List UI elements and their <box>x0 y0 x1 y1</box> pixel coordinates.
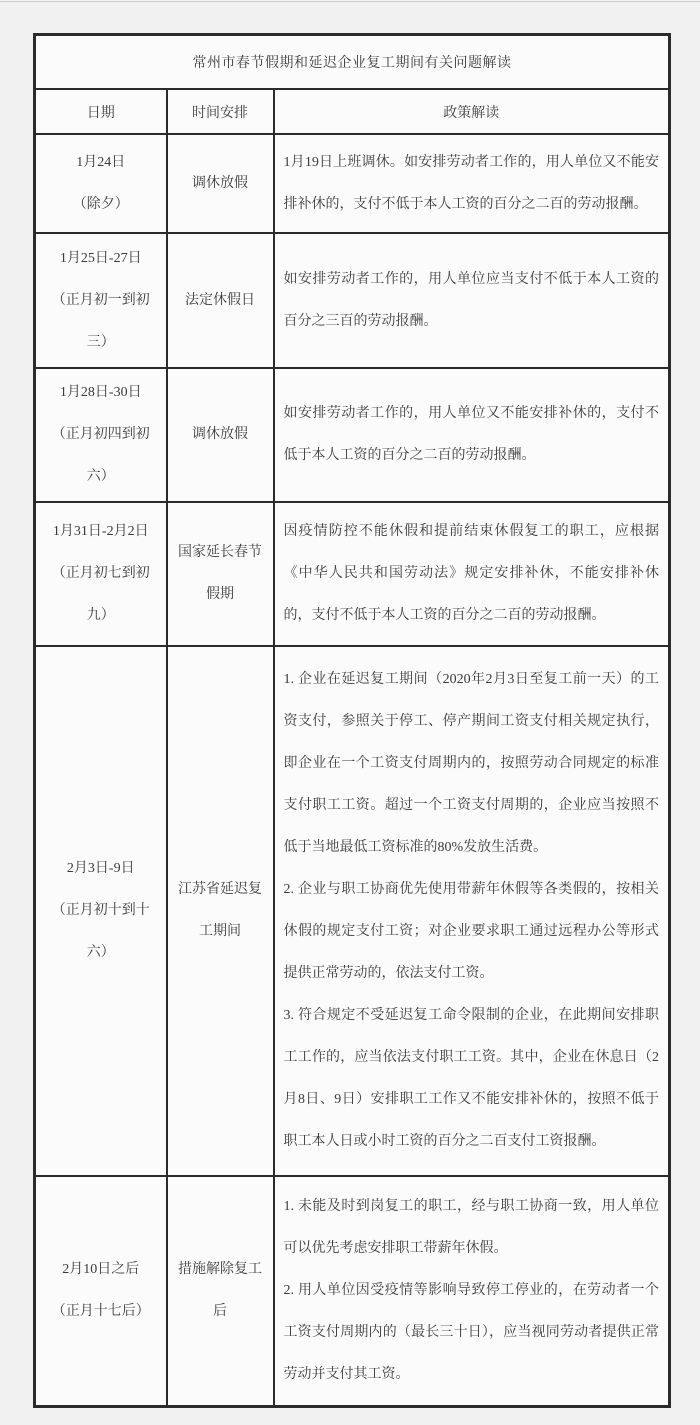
column-header-date: 日期 <box>35 89 167 134</box>
date-cell: 2月3日-9日 （正月初十到十六） <box>35 646 167 1176</box>
schedule-cell: 江苏省延迟复工期间 <box>167 646 274 1176</box>
date-cell: 1月31日-2月2日 （正月初七到初九） <box>35 502 167 646</box>
date-range: 1月25日-27日 <box>48 238 154 280</box>
table-row: 1月25日-27日 （正月初一到初三） 法定休假日 如安排劳动者工作的，用人单位… <box>35 233 670 368</box>
date-range: 1月24日 <box>48 142 154 184</box>
policy-cell: 因疫情防控不能休假和提前结束休假复工的职工，应根据《中华人民共和国劳动法》规定安… <box>274 502 670 646</box>
policy-paragraph: 1. 企业在延迟复工期间（2020年2月3日至复工前一天）的工资支付，参照关于停… <box>284 659 660 869</box>
top-divider <box>0 1 700 2</box>
lunar-range: （正月初七到初九） <box>48 553 154 637</box>
lunar-range: （正月初十到十六） <box>48 890 154 974</box>
policy-paragraph: 如安排劳动者工作的，用人单位又不能安排补休的，支付不低于本人工资的百分之二百的劳… <box>284 393 660 477</box>
date-range: 1月31日-2月2日 <box>48 511 154 553</box>
schedule-cell: 措施解除复工后 <box>167 1176 274 1407</box>
table-row: 1月28日-30日 （正月初四到初六） 调休放假 如安排劳动者工作的，用人单位又… <box>35 368 670 502</box>
table-row: 2月3日-9日 （正月初十到十六） 江苏省延迟复工期间 1. 企业在延迟复工期间… <box>35 646 670 1176</box>
schedule-cell: 调休放假 <box>167 134 274 233</box>
policy-paragraph: 1月19日上班调休。如安排劳动者工作的，用人单位又不能安排补休的，支付不低于本人… <box>284 142 660 226</box>
schedule-cell: 国家延长春节假期 <box>167 502 274 646</box>
policy-paragraph: 2. 企业与职工协商优先使用带薪年休假等各类假的，按相关休假的规定支付工资；对企… <box>284 869 660 995</box>
table-row: 1月31日-2月2日 （正月初七到初九） 国家延长春节假期 因疫情防控不能休假和… <box>35 502 670 646</box>
schedule-cell: 调休放假 <box>167 368 274 502</box>
header-row: 日期 时间安排 政策解读 <box>35 89 670 134</box>
policy-paragraph: 1. 未能及时到岗复工的职工，经与职工协商一致，用人单位可以优先考虑安排职工带薪… <box>284 1186 660 1270</box>
title-row: 常州市春节假期和延迟企业复工期间有关问题解读 <box>35 35 670 90</box>
policy-cell: 如安排劳动者工作的，用人单位应当支付不低于本人工资的百分之三百的劳动报酬。 <box>274 233 670 368</box>
policy-paragraph: 如安排劳动者工作的，用人单位应当支付不低于本人工资的百分之三百的劳动报酬。 <box>284 259 660 343</box>
column-header-policy: 政策解读 <box>274 89 670 134</box>
policy-table: 常州市春节假期和延迟企业复工期间有关问题解读 日期 时间安排 政策解读 1月24… <box>33 33 671 1408</box>
table-row: 2月10日之后 （正月十七后） 措施解除复工后 1. 未能及时到岗复工的职工，经… <box>35 1176 670 1407</box>
table-title: 常州市春节假期和延迟企业复工期间有关问题解读 <box>35 35 670 90</box>
date-cell: 1月25日-27日 （正月初一到初三） <box>35 233 167 368</box>
date-range: 1月28日-30日 <box>48 372 154 414</box>
lunar-range: （正月十七后） <box>48 1291 154 1333</box>
column-header-schedule: 时间安排 <box>167 89 274 134</box>
policy-cell: 1. 未能及时到岗复工的职工，经与职工协商一致，用人单位可以优先考虑安排职工带薪… <box>274 1176 670 1407</box>
lunar-range: （正月初四到初六） <box>48 414 154 498</box>
date-cell: 1月28日-30日 （正月初四到初六） <box>35 368 167 502</box>
policy-paragraph: 3. 符合规定不受延迟复工命令限制的企业，在此期间安排职工工作的，应当依法支付职… <box>284 995 660 1163</box>
date-cell: 2月10日之后 （正月十七后） <box>35 1176 167 1407</box>
lunar-range: （正月初一到初三） <box>48 280 154 364</box>
date-range: 2月10日之后 <box>48 1249 154 1291</box>
policy-paragraph: 2. 用人单位因受疫情等影响导致停工停业的，在劳动者一个工资支付周期内的（最长三… <box>284 1270 660 1396</box>
policy-paragraph: 因疫情防控不能休假和提前结束休假复工的职工，应根据《中华人民共和国劳动法》规定安… <box>284 511 660 637</box>
date-range: 2月3日-9日 <box>48 848 154 890</box>
schedule-cell: 法定休假日 <box>167 233 274 368</box>
table-row: 1月24日 （除夕） 调休放假 1月19日上班调休。如安排劳动者工作的，用人单位… <box>35 134 670 233</box>
policy-cell: 如安排劳动者工作的，用人单位又不能安排补休的，支付不低于本人工资的百分之二百的劳… <box>274 368 670 502</box>
lunar-range: （除夕） <box>48 184 154 226</box>
date-cell: 1月24日 （除夕） <box>35 134 167 233</box>
policy-cell: 1. 企业在延迟复工期间（2020年2月3日至复工前一天）的工资支付，参照关于停… <box>274 646 670 1176</box>
policy-cell: 1月19日上班调休。如安排劳动者工作的，用人单位又不能安排补休的，支付不低于本人… <box>274 134 670 233</box>
